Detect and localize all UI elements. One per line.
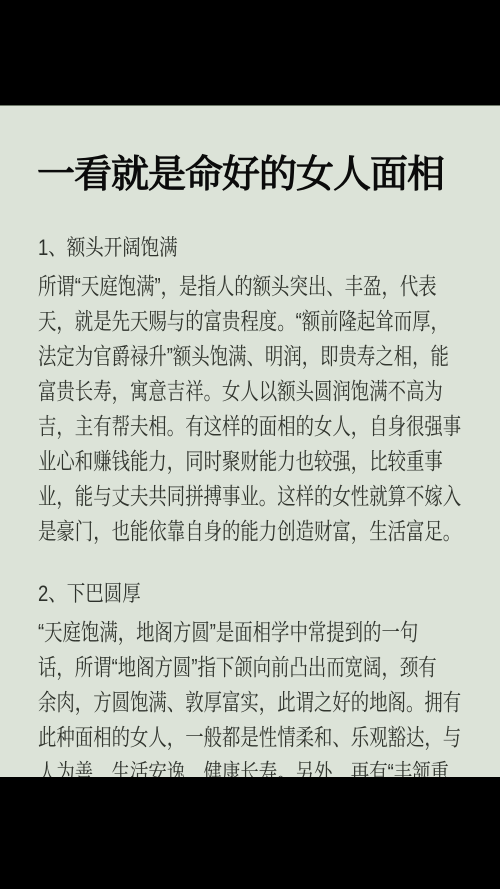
section-heading: 1、额头开阔饱满 [38,233,401,269]
text-line: 此种面相的女人，一般都是性情柔和、乐观豁达，与 [38,720,384,755]
text-line: 业心和赚钱能力，同时聚财能力也较强，比较重事 [38,444,384,479]
text-line: 富贵长寿，寓意吉祥。女人以额头圆润饱满不高为 [38,374,384,409]
screenshot-root: 一看就是命好的女人面相 1、额头开阔饱满所谓“天庭饱满”，是指人的额头突出、丰盈… [0,0,500,889]
text-line: 吉，主有帮夫相。有这样的面相的女人，自身很强事 [38,409,384,444]
text-line: 所谓“天庭饱满”，是指人的额头突出、丰盈，代表 [38,269,384,304]
section-2: 2、下巴圆厚“天庭饱满，地阁方圆”是面相学中常提到的一句话，所谓“地阁方圆”指下… [38,579,470,777]
section-1: 1、额头开阔饱满所谓“天庭饱满”，是指人的额头突出、丰盈，代表天，就是先天赐与的… [38,233,470,549]
text-line: 是豪门，也能依靠自身的能力创造财富，生活富足。 [38,514,384,549]
letterbox-bottom [0,777,500,889]
text-line: 余肉，方圆饱满、敦厚富实，此谓之好的地阁。拥有 [38,685,384,720]
text-line: 业，能与丈夫共同拼搏事业。这样的女性就算不嫁入 [38,479,384,514]
text-line: 法定为官爵禄升”额头饱满、明润，即贵寿之相，能 [38,339,384,374]
article-title: 一看就是命好的女人面相 [37,154,444,196]
article-image: 一看就是命好的女人面相 1、额头开阔饱满所谓“天庭饱满”，是指人的额头突出、丰盈… [0,105,500,777]
text-line: 人为善，生活安逸，健康长寿。另外，再有“丰颔重 [38,755,384,777]
section-heading: 2、下巴圆厚 [38,579,401,615]
text-line: 话，所谓“地阁方圆”指下颌向前凸出而宽阔，颈有 [38,650,384,685]
letterbox-top [0,0,500,105]
text-line: “天庭饱满，地阁方圆”是面相学中常提到的一句 [38,615,384,650]
text-line: 天，就是先天赐与的富贵程度。“额前隆起耸而厚， [38,304,384,339]
